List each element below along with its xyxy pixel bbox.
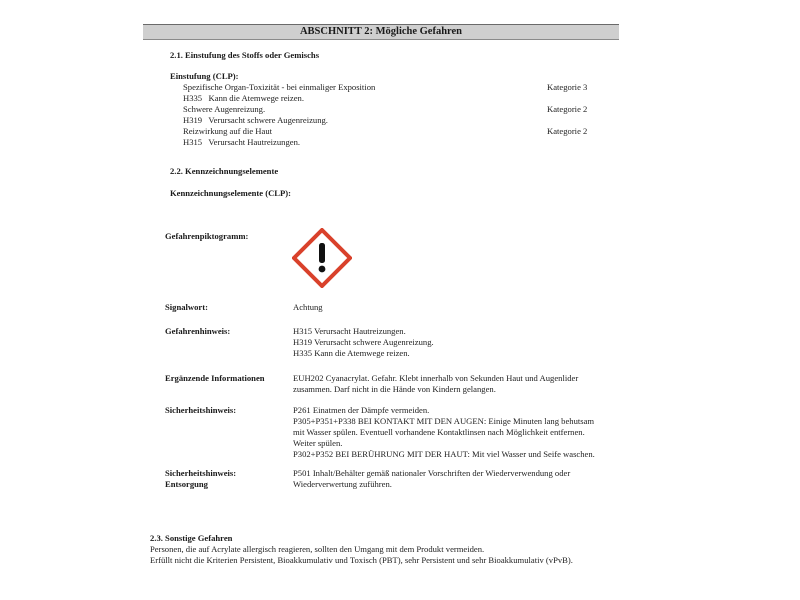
ghs07-exclamation-icon bbox=[292, 228, 352, 288]
pictogram-label: Gefahrenpiktogramm: bbox=[165, 231, 248, 242]
hazard-statements: H315 Verursacht Hautreizungen. H319 Veru… bbox=[293, 326, 623, 359]
hazard-statement: H335 Kann die Atemwege reizen. bbox=[293, 348, 623, 359]
classification-list: Spezifische Organ-Toxizität - bei einmal… bbox=[183, 82, 623, 148]
hazard-statement: H319 Verursacht schwere Augenreizung. bbox=[293, 337, 623, 348]
precautionary-statement-label: Sicherheitshinweis: bbox=[165, 405, 280, 416]
disposal-statements: P501 Inhalt/Behälter gemäß nationaler Vo… bbox=[293, 468, 623, 490]
classification-row: H315 Verursacht Hautreizungen. bbox=[183, 137, 623, 148]
section-2-2-title: 2.2. Kennzeichnungselemente bbox=[170, 166, 278, 177]
category-value: Kategorie 2 bbox=[547, 104, 587, 115]
category-value: Kategorie 2 bbox=[547, 126, 587, 137]
classification-row: Spezifische Organ-Toxizität - bei einmal… bbox=[183, 82, 623, 93]
classification-row: Reizwirkung auf die Haut Kategorie 2 bbox=[183, 126, 623, 137]
hazard-statement: H315 Verursacht Hautreizungen. bbox=[293, 326, 623, 337]
hazard-statement-label: Gefahrenhinweis: bbox=[165, 326, 280, 337]
classification-row: Schwere Augenreizung. Kategorie 2 bbox=[183, 104, 623, 115]
section-2-3-title: 2.3. Sonstige Gefahren bbox=[150, 533, 232, 544]
section-header: ABSCHNITT 2: Mögliche Gefahren bbox=[143, 24, 619, 40]
labelling-clp-label: Kennzeichnungselemente (CLP): bbox=[170, 188, 291, 199]
signal-word-value: Achtung bbox=[293, 302, 623, 313]
supplementary-info: EUH202 Cyanacrylat. Gefahr. Klebt innerh… bbox=[293, 373, 623, 395]
classification-row: H335 Kann die Atemwege reizen. bbox=[183, 93, 623, 104]
disposal-statement-label: Sicherheitshinweis: Entsorgung bbox=[165, 468, 280, 490]
classification-clp-label: Einstufung (CLP): bbox=[170, 71, 239, 82]
section-2-1-title: 2.1. Einstufung des Stoffs oder Gemischs bbox=[170, 50, 319, 61]
signal-word-label: Signalwort: bbox=[165, 302, 280, 313]
other-hazards-text: Personen, die auf Acrylate allergisch re… bbox=[150, 544, 573, 566]
classification-row: H319 Verursacht schwere Augenreizung. bbox=[183, 115, 623, 126]
category-value: Kategorie 3 bbox=[547, 82, 587, 93]
supplementary-info-label: Ergänzende Informationen bbox=[165, 373, 290, 384]
precautionary-statements: P261 Einatmen der Dämpfe vermeiden. P305… bbox=[293, 405, 623, 460]
